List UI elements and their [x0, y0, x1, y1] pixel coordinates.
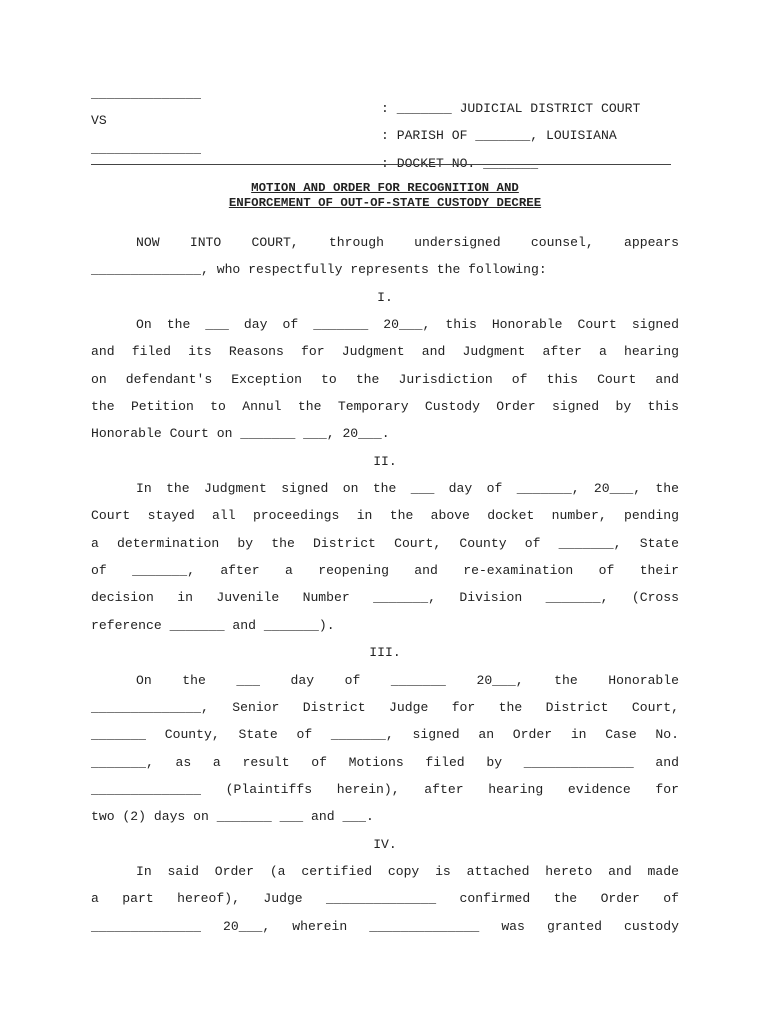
caption-row-versus: VS : PARISH OF _______, LOUISIANA	[91, 98, 679, 118]
paragraph-line: a part hereof), Judge ______________ con…	[91, 885, 679, 912]
caption-row-defendant: ______________ : DOCKET NO. _______	[91, 126, 679, 146]
paragraph-line: reference _______ and _______).	[91, 612, 679, 639]
paragraph-line: ______________ (Plaintiffs herein), afte…	[91, 776, 679, 803]
section-number: III.	[91, 639, 679, 666]
defendant-blank: ______________	[91, 141, 201, 156]
document-body: NOW INTO COURT, through undersigned coun…	[91, 229, 679, 940]
paragraph-line: In said Order (a certified copy is attac…	[91, 858, 679, 885]
paragraph-line: and filed its Reasons for Judgment and J…	[91, 338, 679, 365]
caption-divider	[91, 164, 671, 165]
paragraph-line: of _______, after a reopening and re-exa…	[91, 557, 679, 584]
title-line-2: ENFORCEMENT OF OUT-OF-STATE CUSTODY DECR…	[91, 196, 679, 211]
paragraph-line: In the Judgment signed on the ___ day of…	[91, 475, 679, 502]
section-number: IV.	[91, 831, 679, 858]
section-number: I.	[91, 284, 679, 311]
paragraph-line: the Petition to Annul the Temporary Cust…	[91, 393, 679, 420]
section-number: II.	[91, 448, 679, 475]
paragraph-line: ______________, Senior District Judge fo…	[91, 694, 679, 721]
intro-line: ______________, who respectfully represe…	[91, 256, 679, 283]
document-title: MOTION AND ORDER FOR RECOGNITION AND ENF…	[91, 181, 679, 210]
paragraph-line: ______________ 20___, wherein __________…	[91, 913, 679, 940]
paragraph-line: decision in Juvenile Number _______, Div…	[91, 584, 679, 611]
paragraph-line: Honorable Court on _______ ___, 20___.	[91, 420, 679, 447]
paragraph-line: _______ County, State of _______, signed…	[91, 721, 679, 748]
paragraph-line: _______, as a result of Motions filed by…	[91, 749, 679, 776]
paragraph-line: Court stayed all proceedings in the abov…	[91, 502, 679, 529]
paragraph-line: on defendant's Exception to the Jurisdic…	[91, 366, 679, 393]
caption-row-plaintiff: ______________ : _______ JUDICIAL DISTRI…	[91, 71, 679, 91]
paragraph-line: On the ___ day of _______ 20___, this Ho…	[91, 311, 679, 338]
paragraph-line: two (2) days on _______ ___ and ___.	[91, 803, 679, 830]
paragraph-line: a determination by the District Court, C…	[91, 530, 679, 557]
title-line-1: MOTION AND ORDER FOR RECOGNITION AND	[91, 181, 679, 196]
paragraph-line: On the ___ day of _______ 20___, the Hon…	[91, 667, 679, 694]
intro-line: NOW INTO COURT, through undersigned coun…	[91, 229, 679, 256]
